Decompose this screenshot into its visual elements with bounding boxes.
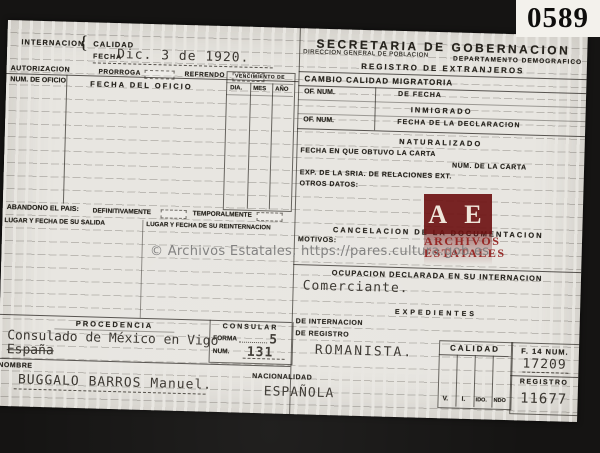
procedencia-value-2: España: [7, 342, 54, 358]
abandono-label: ABANDONO EL PAIS:: [7, 204, 79, 213]
photo-background: INTERNACION { CALIDAD FECHA Dic. 3 de 19…: [0, 0, 600, 453]
calidad-col-v: V.: [442, 395, 448, 402]
ae-logo-icon: A E: [424, 194, 492, 234]
forma-label: FORMA: [213, 335, 237, 343]
calidad-col-ido: IDO.: [475, 397, 486, 403]
num-oficio-header: NUM. DE OFICIO: [10, 76, 66, 85]
calidad-col-i: I.: [461, 396, 465, 403]
de-fecha-label: DE FECHA: [398, 91, 442, 99]
num-carta-label: NUM. DE LA CARTA: [452, 162, 527, 171]
ocupacion-value: Comerciante.: [302, 278, 408, 296]
nacionalidad-value: ESPAÑOLA: [264, 384, 335, 401]
salida-divider: [140, 220, 144, 318]
de-internacion-label: DE INTERNACION: [296, 318, 363, 327]
fecha-declaracion-label: FECHA DE LA DECLARACION: [397, 119, 520, 129]
nombre-label: NOMBRE: [0, 362, 33, 370]
dia-header: DIA.: [230, 85, 242, 91]
watermark-credit: © Archivos Estatales, https://pares.cult…: [150, 244, 489, 259]
ano-header: AÑO: [275, 86, 289, 92]
internacion-label: INTERNACION: [21, 37, 84, 48]
nacionalidad-label: NACIONALIDAD: [252, 373, 312, 382]
f14-label: F. 14 NUM.: [511, 346, 579, 357]
definitivamente-label: DEFINITIVAMENTE: [93, 207, 152, 216]
registro-num-value: 11677: [509, 390, 577, 408]
f14-value: 17209: [510, 356, 578, 373]
mes-header: MES: [253, 86, 266, 92]
de-registro-label: DE REGISTRO: [295, 330, 349, 338]
registro-anotacion-value: ROMANISTA.: [315, 343, 414, 361]
reinternacion-header: LUGAR Y FECHA DE SU REINTERNACION: [146, 221, 270, 231]
of-num-1-label: OF. NUM.: [304, 88, 335, 96]
registration-card: INTERNACION { CALIDAD FECHA Dic. 3 de 19…: [0, 20, 588, 422]
exp-relaciones-label: EXP. DE LA SRIA. DE RELACIONES EXT.: [300, 169, 452, 180]
calidad-col-ndo: NDO: [493, 398, 505, 404]
fecha-carta-label: FECHA EN QUE OBTUVO LA CARTA: [300, 147, 436, 158]
temporalmente-checkbox: [256, 212, 282, 222]
temporalmente-label: TEMPORALMENTE: [193, 210, 252, 219]
oficio-col-divider: [63, 75, 68, 204]
definitivamente-checkbox: [161, 209, 187, 219]
archive-number-box: 0589: [516, 0, 600, 37]
of-num-2-label: OF. NUM.: [303, 116, 334, 124]
salida-header: LUGAR Y FECHA DE SU SALIDA: [4, 217, 105, 227]
fecha-oficio-header: FECHA DEL OFICIO: [90, 79, 193, 91]
brace-icon: {: [79, 32, 88, 53]
num-consular-label: NUM.: [213, 348, 230, 355]
otros-datos-label: OTROS DATOS:: [299, 180, 358, 189]
